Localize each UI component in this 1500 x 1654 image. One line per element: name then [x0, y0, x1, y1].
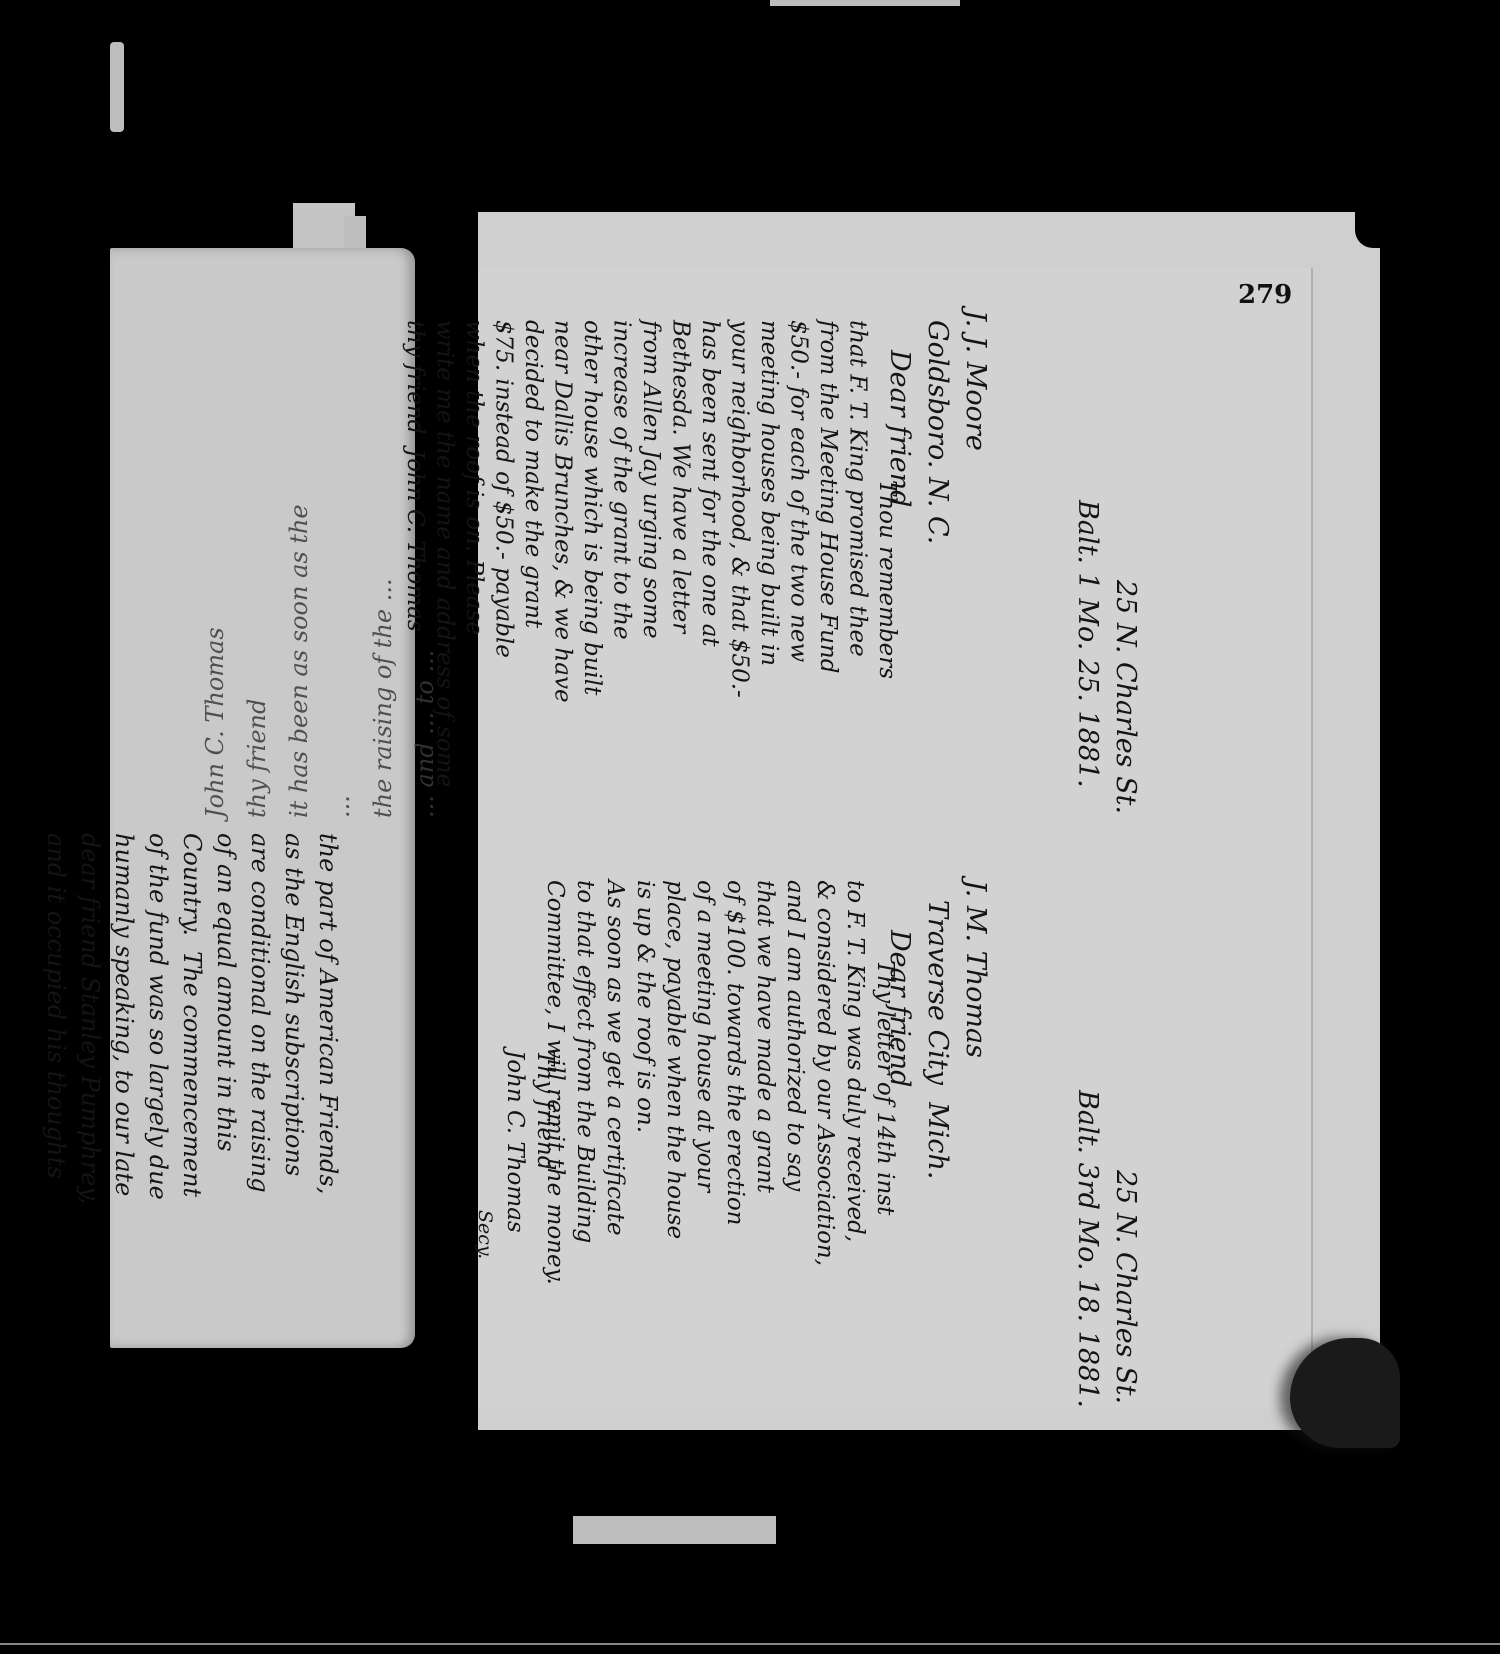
left-film-marker [110, 42, 124, 132]
letter-1-body: Thou remembersthat F. T. King promised t… [460, 320, 960, 790]
letter-2-date: Balt. 3rd Mo. 18. 1881. [1068, 1010, 1106, 1340]
left-page-letter-text: the part of American Friends,as the Engl… [108, 833, 413, 1333]
letter-1-recipient-block: J. J. MooreGoldsboro. N. C.Dear friend [950, 310, 1070, 610]
page-number: 279 [1238, 280, 1292, 310]
letter-2-address: 25 N. Charles St. [1106, 1010, 1144, 1340]
bottom-edge-line [0, 1643, 1500, 1645]
letter-2-header: 25 N. Charles St.Balt. 3rd Mo. 18. 1881. [1060, 1010, 1220, 1340]
letter-1-header: 25 N. Charles St.Balt. 1 Mo. 25. 1881. [1060, 420, 1220, 780]
letter-2-body: Thy letter of 14th instto F. T. King was… [610, 880, 960, 1330]
letter-2-postscript: Secy. [470, 1050, 500, 1310]
letter-1-recipient: J. J. Moore [956, 310, 994, 610]
letter-2-recipient: J. M. Thomas [956, 880, 994, 1200]
bottom-film-strip [573, 1516, 776, 1544]
letter-1-date: Balt. 1 Mo. 25. 1881. [1068, 420, 1106, 780]
top-film-strip [770, 0, 960, 6]
letter-2-signature: John C. Thomas [500, 1050, 530, 1310]
left-page-mirrored-text: John C. Thomasthy friendit has been as s… [110, 258, 410, 818]
folder-corner-notch [1355, 212, 1385, 248]
left-page-tab-step [344, 216, 366, 251]
letter-2-closing-text: Thy friend [530, 1050, 560, 1310]
letter-2-closing: Thy friendJohn C. ThomasSecy. [520, 1050, 620, 1310]
letter-2-recipient-block: J. M. ThomasTraverse City Mich.Dear frie… [950, 880, 1070, 1200]
letter-1-address: 25 N. Charles St. [1106, 420, 1144, 780]
